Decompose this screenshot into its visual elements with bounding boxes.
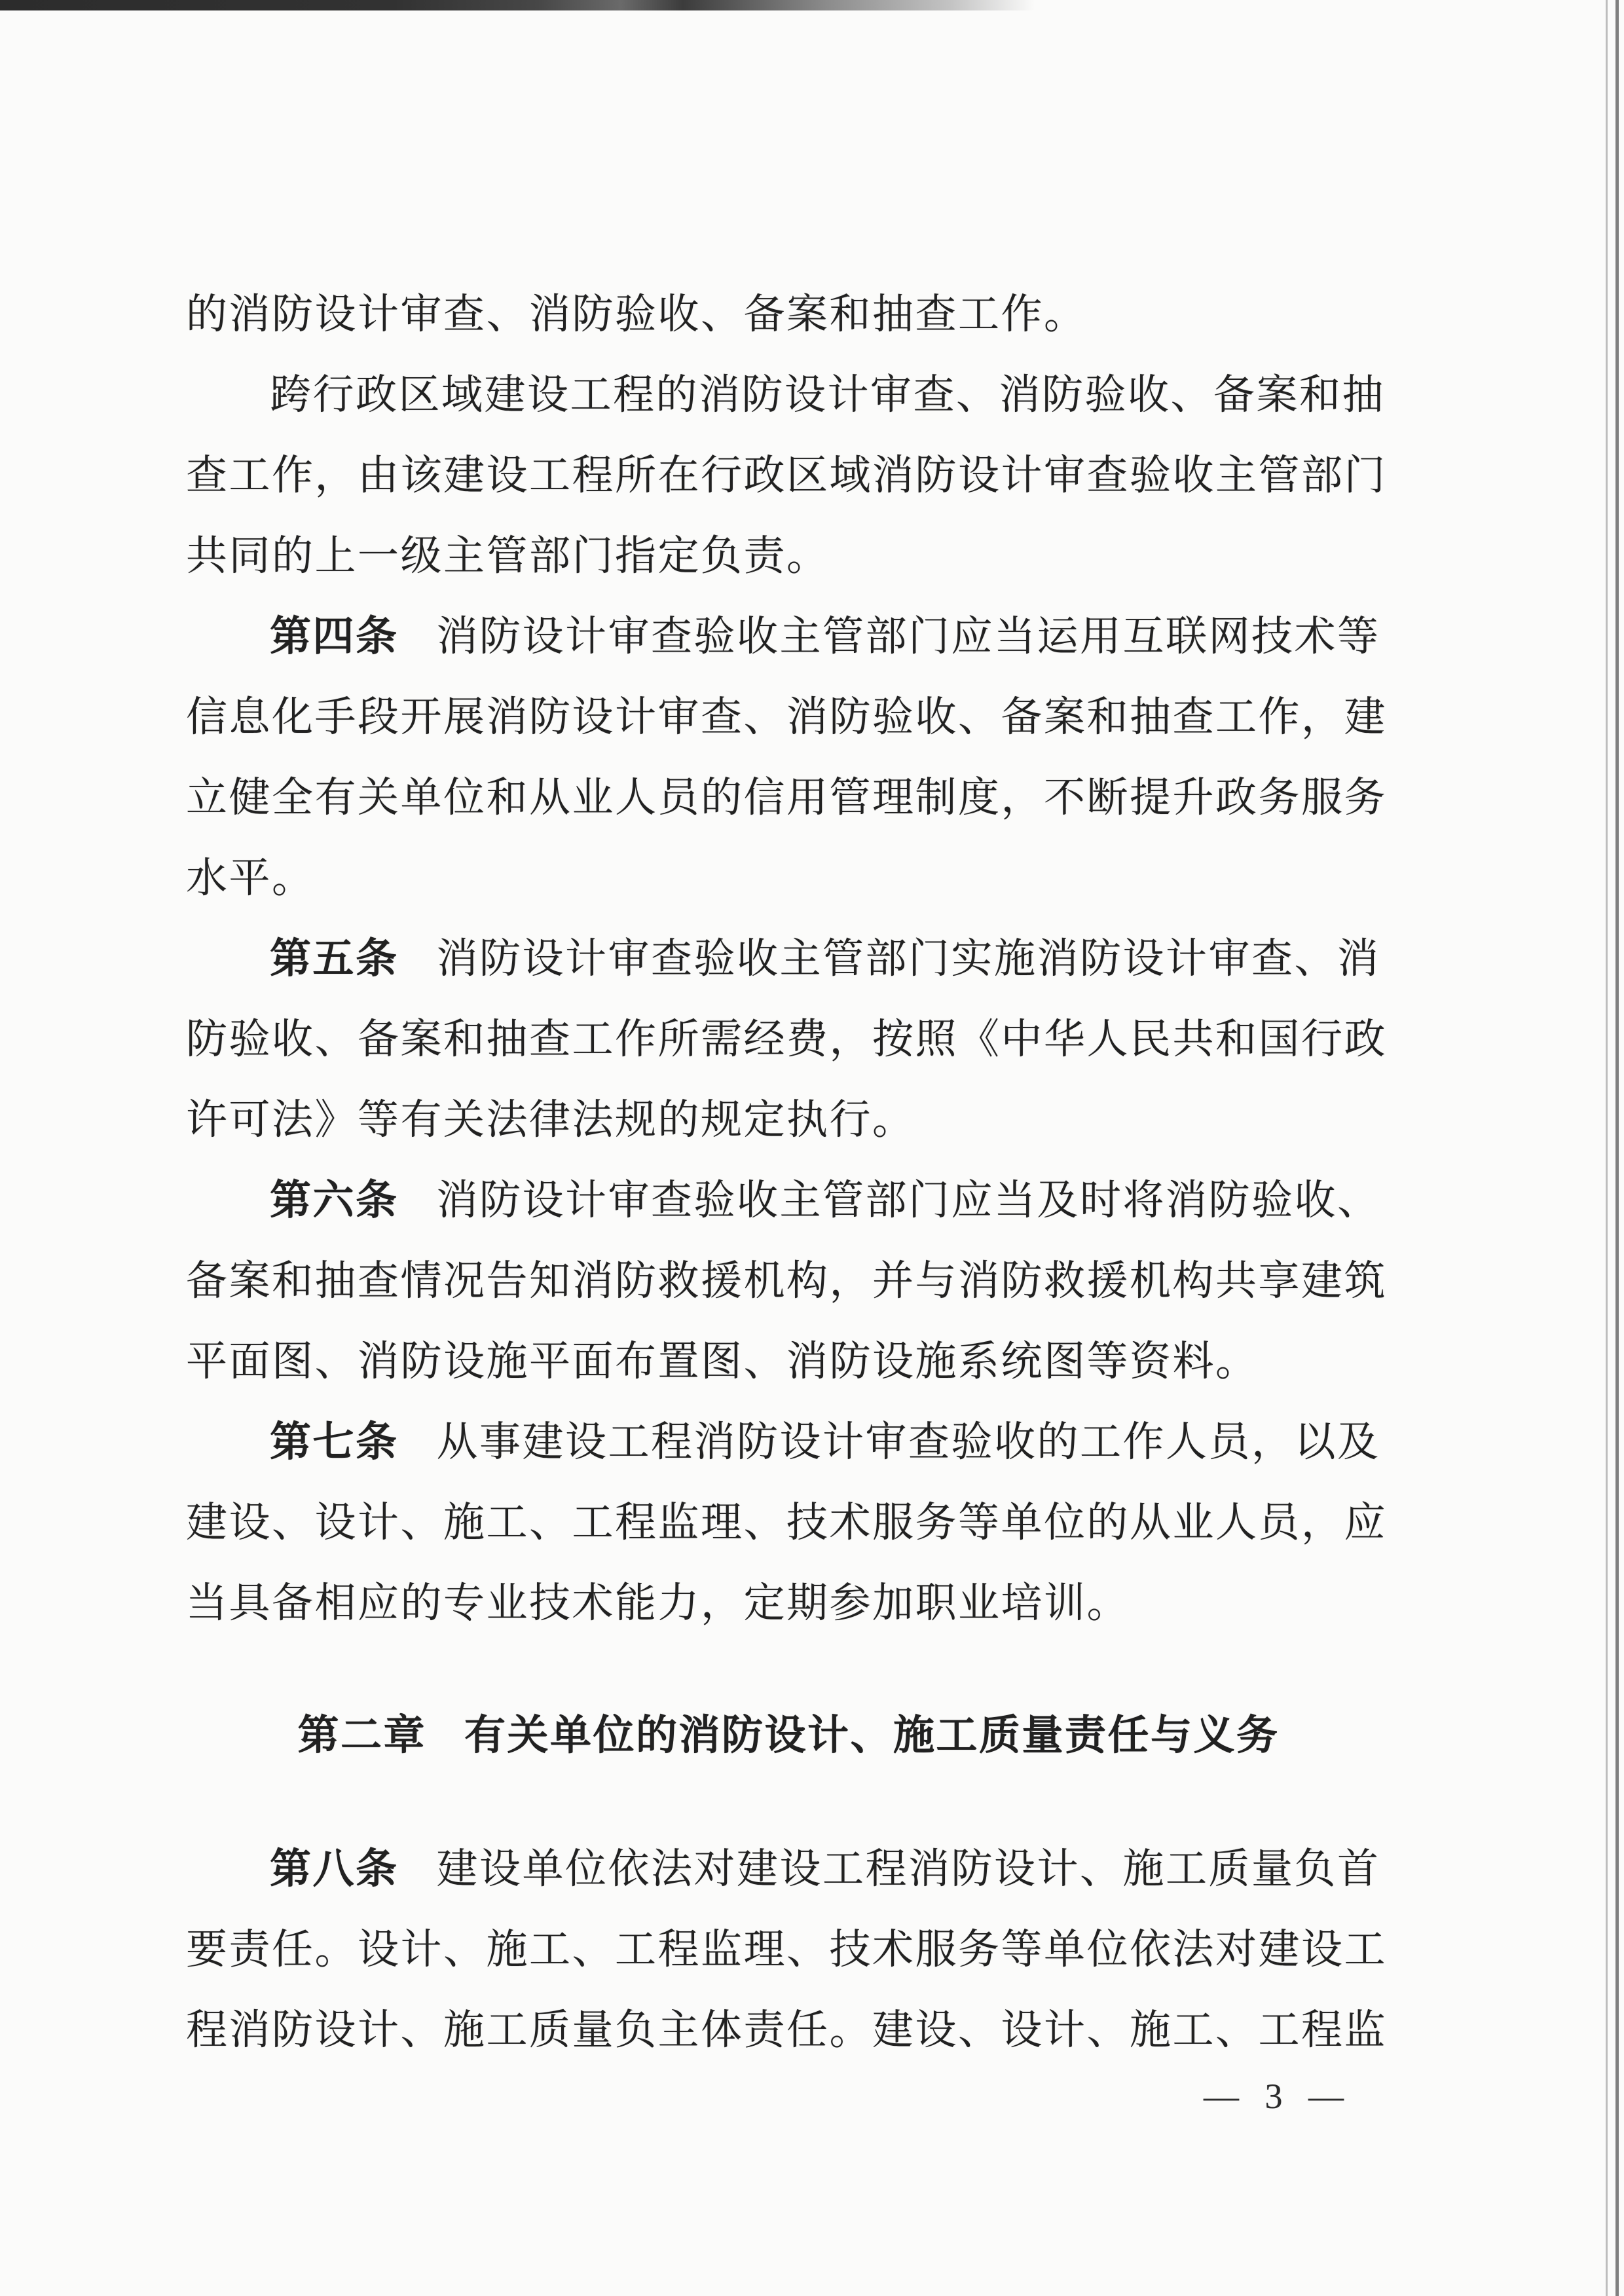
line-text: 查工作，由该建设工程所在行政区域消防设计审查验收主管部门 xyxy=(186,442,1387,502)
text-line: 跨行政区域建设工程的消防设计审查、消防验收、备案和抽 xyxy=(186,351,1391,432)
text-line: 第七条从事建设工程消防设计审查验收的工作人员，以及 xyxy=(186,1398,1391,1479)
line-text: 建设、设计、施工、工程监理、技术服务等单位的从业人员，应 xyxy=(186,1489,1387,1549)
line-text: 建设单位依法对建设工程消防设计、施工质量负首 xyxy=(437,1836,1380,1895)
line-text: 程消防设计、施工质量负主体责任。建设、设计、施工、工程监 xyxy=(186,1997,1387,2056)
text-line: 程消防设计、施工质量负主体责任。建设、设计、施工、工程监 xyxy=(186,1986,1391,2067)
chapter-title: 有关单位的消防设计、施工质量责任与义务 xyxy=(464,1702,1280,1762)
scanned-document-page: 的消防设计审查、消防验收、备案和抽查工作。 跨行政区域建设工程的消防设计审查、消… xyxy=(0,0,1624,2296)
article-number: 第七条 xyxy=(270,1409,399,1468)
text-line: 建设、设计、施工、工程监理、技术服务等单位的从业人员，应 xyxy=(186,1479,1391,1559)
text-line: 水平。 xyxy=(186,834,1391,915)
text-line: 许可法》等有关法律法规的规定执行。 xyxy=(186,1076,1391,1157)
scan-artifact-right-line-dark xyxy=(1615,0,1619,2296)
text-line: 信息化手段开展消防设计审查、消防验收、备案和抽查工作，建 xyxy=(186,673,1391,754)
text-line: 当具备相应的专业技术能力，定期参加职业培训。 xyxy=(186,1559,1391,1640)
line-text: 消防设计审查验收主管部门应当及时将消防验收、 xyxy=(437,1167,1380,1227)
line-text: 从事建设工程消防设计审查验收的工作人员，以及 xyxy=(437,1409,1380,1468)
chapter-heading: 第二章有关单位的消防设计、施工质量责任与义务 xyxy=(186,1692,1391,1772)
line-text: 消防设计审查验收主管部门应当运用互联网技术等 xyxy=(437,603,1380,663)
scan-artifact-top-band xyxy=(0,0,1035,10)
line-text: 立健全有关单位和从业人员的信用管理制度，不断提升政务服务 xyxy=(186,764,1387,824)
line-text: 共同的上一级主管部门指定负责。 xyxy=(186,523,830,582)
text-line: 的消防设计审查、消防验收、备案和抽查工作。 xyxy=(186,270,1391,351)
text-line: 查工作，由该建设工程所在行政区域消防设计审查验收主管部门 xyxy=(186,432,1391,512)
line-text: 平面图、消防设施平面布置图、消防设施系统图等资料。 xyxy=(186,1328,1259,1388)
page-number: — 3 — xyxy=(1204,2076,1348,2117)
article-number: 第四条 xyxy=(270,603,399,663)
text-line: 防验收、备案和抽查工作所需经费，按照《中华人民共和国行政 xyxy=(186,995,1391,1076)
line-text: 水平。 xyxy=(186,845,315,904)
line-text: 防验收、备案和抽查工作所需经费，按照《中华人民共和国行政 xyxy=(186,1006,1387,1065)
line-text: 要责任。设计、施工、工程监理、技术服务等单位依法对建设工 xyxy=(186,1916,1387,1976)
text-line: 备案和抽查情况告知消防救援机构，并与消防救援机构共享建筑 xyxy=(186,1237,1391,1318)
text-line: 第四条消防设计审查验收主管部门应当运用互联网技术等 xyxy=(186,593,1391,673)
text-line: 要责任。设计、施工、工程监理、技术服务等单位依法对建设工 xyxy=(186,1906,1391,1986)
article-number: 第五条 xyxy=(270,925,399,985)
article-number: 第八条 xyxy=(270,1836,399,1895)
scan-artifact-right-line-light xyxy=(1606,0,1608,2296)
text-line: 立健全有关单位和从业人员的信用管理制度，不断提升政务服务 xyxy=(186,754,1391,834)
text-line: 第五条消防设计审查验收主管部门实施消防设计审查、消 xyxy=(186,915,1391,995)
line-text: 许可法》等有关法律法规的规定执行。 xyxy=(186,1086,915,1146)
article-number: 第六条 xyxy=(270,1167,399,1227)
line-text: 当具备相应的专业技术能力，定期参加职业培训。 xyxy=(186,1570,1130,1629)
line-text: 备案和抽查情况告知消防救援机构，并与消防救援机构共享建筑 xyxy=(186,1248,1387,1307)
line-text: 的消防设计审查、消防验收、备案和抽查工作。 xyxy=(186,281,1087,341)
text-line: 第六条消防设计审查验收主管部门应当及时将消防验收、 xyxy=(186,1157,1391,1237)
text-line: 平面图、消防设施平面布置图、消防设施系统图等资料。 xyxy=(186,1318,1391,1398)
text-line: 共同的上一级主管部门指定负责。 xyxy=(186,512,1391,593)
document-body: 的消防设计审查、消防验收、备案和抽查工作。 跨行政区域建设工程的消防设计审查、消… xyxy=(186,270,1391,2067)
line-text: 消防设计审查验收主管部门实施消防设计审查、消 xyxy=(437,925,1380,985)
text-line: 第八条建设单位依法对建设工程消防设计、施工质量负首 xyxy=(186,1825,1391,1906)
chapter-number: 第二章 xyxy=(298,1702,427,1762)
line-text: 跨行政区域建设工程的消防设计审查、消防验收、备案和抽 xyxy=(270,361,1385,421)
line-text: 信息化手段开展消防设计审查、消防验收、备案和抽查工作，建 xyxy=(186,684,1387,743)
